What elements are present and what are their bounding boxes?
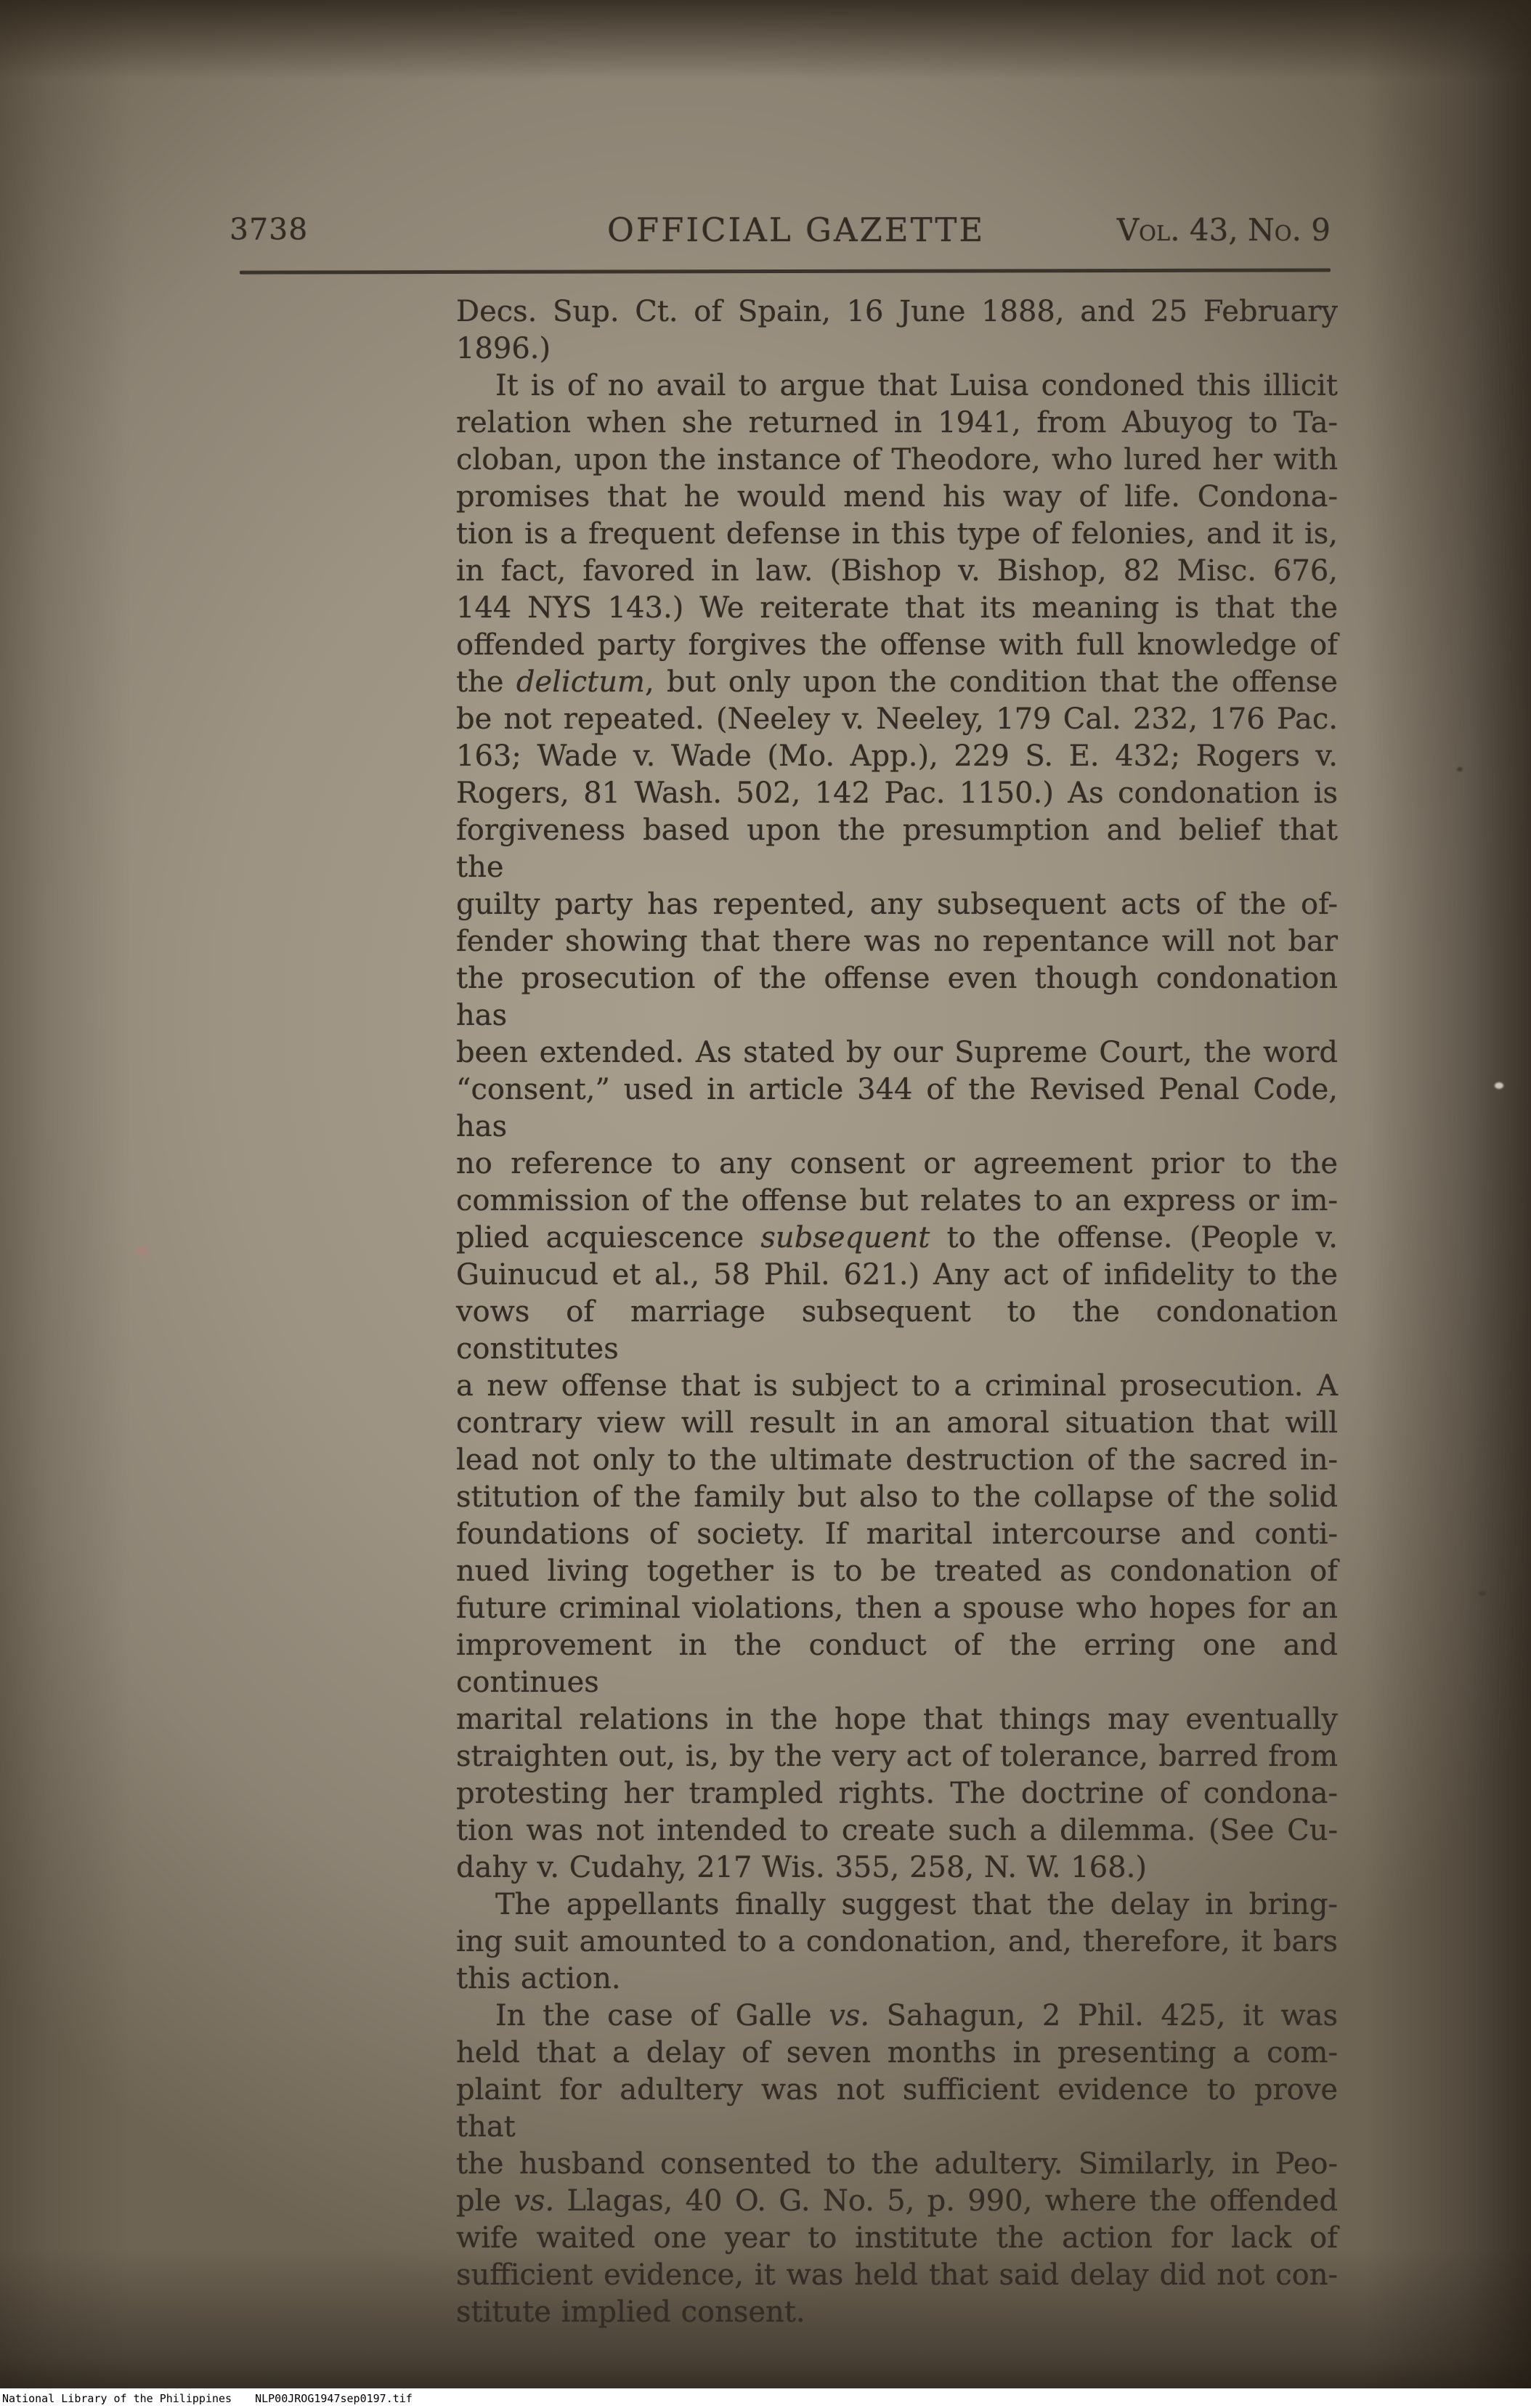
text-line: plaint for adultery was not sufficient e… [456,2072,1338,2146]
text-line: dahy v. Cudahy, 217 Wis. 355, 258, N. W.… [456,1849,1338,1886]
text-line: It is of no avail to argue that Luisa co… [456,368,1338,405]
text-line: in fact, favored in law. (Bishop v. Bish… [456,553,1338,590]
footer-source: National Library of the Philippines [2,2392,232,2405]
text-line: protesting her trampled rights. The doct… [456,1775,1338,1812]
text-line: Rogers, 81 Wash. 502, 142 Pac. 1150.) As… [456,775,1338,812]
text-line: In the case of Galle vs. Sahagun, 2 Phil… [456,1998,1338,2035]
text-line: 144 NYS 143.) We reiterate that its mean… [456,590,1338,627]
text-line: stitute implied consent. [456,2294,1338,2331]
text-line: commission of the offense but relates to… [456,1183,1338,1220]
text-line: no reference to any consent or agreement… [456,1146,1338,1183]
text-line: foundations of society. If marital inter… [456,1516,1338,1553]
text-line: forgiveness based upon the presumption a… [456,812,1338,886]
text-line: the delictum, but only upon the conditio… [456,664,1338,701]
footer-filename: NLP00JROG1947sep0197.tif [255,2392,413,2405]
text-line: lead not only to the ultimate destructio… [456,1442,1338,1479]
text-line: 1896.) [456,331,1338,368]
text-line: a new offense that is subject to a crimi… [456,1368,1338,1405]
text-line: nued living together is to be treated as… [456,1553,1338,1590]
text-line: vows of marriage subsequent to the condo… [456,1294,1338,1368]
text-line: “consent,” used in article 344 of the Re… [456,1071,1338,1146]
header-rule [240,268,1331,274]
text-line: been extended. As stated by our Supreme … [456,1034,1338,1071]
paper-speck [1457,767,1463,771]
text-line: tion is a frequent defense in this type … [456,516,1338,553]
footer-bar: National Library of the Philippines NLP0… [0,2388,1531,2408]
paper-speck [1479,1591,1486,1596]
text-line: future criminal violations, then a spous… [456,1590,1338,1627]
text-line: promises that he would mend his way of l… [456,479,1338,516]
text-line: straighten out, is, by the very act of t… [456,1738,1338,1775]
text-line: The appellants finally suggest that the … [456,1886,1338,1923]
page-title: OFFICIAL GAZETTE [607,211,965,249]
text-line: contrary view will result in an amoral s… [456,1405,1338,1442]
text-line: Guinucud et al., 58 Phil. 621.) Any act … [456,1257,1338,1294]
volume-issue-label: Vol. 43, No. 9 [1089,212,1331,248]
text-line: stitution of the family but also to the … [456,1479,1338,1516]
text-line: 163; Wade v. Wade (Mo. App.), 229 S. E. … [456,738,1338,775]
text-line: ple vs. Llagas, 40 O. G. No. 5, p. 990, … [456,2183,1338,2220]
paper-speck [135,1246,147,1254]
text-line: be not repeated. (Neeley v. Neeley, 179 … [456,701,1338,738]
text-line: marital relations in the hope that thing… [456,1701,1338,1738]
text-line: fender showing that there was no repenta… [456,923,1338,960]
scanned-page: 3738 OFFICIAL GAZETTE Vol. 43, No. 9 Dec… [0,0,1531,2408]
text-line: wife waited one year to institute the ac… [456,2220,1338,2257]
text-line: Decs. Sup. Ct. of Spain, 16 June 1888, a… [456,293,1338,331]
paper-speck [1495,1082,1503,1089]
page-number: 3738 [230,212,308,247]
body-text: Decs. Sup. Ct. of Spain, 16 June 1888, a… [456,293,1338,2331]
text-line: the husband consented to the adultery. S… [456,2146,1338,2183]
text-line: this action. [456,1961,1338,1998]
text-line: tion was not intended to create such a d… [456,1812,1338,1849]
text-line: ing suit amounted to a condonation, and,… [456,1923,1338,1961]
text-line: improvement in the conduct of the erring… [456,1627,1338,1701]
text-line: guilty party has repented, any subsequen… [456,886,1338,923]
text-line: cloban, upon the instance of Theodore, w… [456,442,1338,479]
text-line: the prosecution of the offense even thou… [456,960,1338,1034]
text-line: sufficient evidence, it was held that sa… [456,2257,1338,2294]
text-line: held that a delay of seven months in pre… [456,2035,1338,2072]
text-line: offended party forgives the offense with… [456,627,1338,664]
text-line: relation when she returned in 1941, from… [456,405,1338,442]
text-line: plied acquiescence subsequent to the off… [456,1220,1338,1257]
